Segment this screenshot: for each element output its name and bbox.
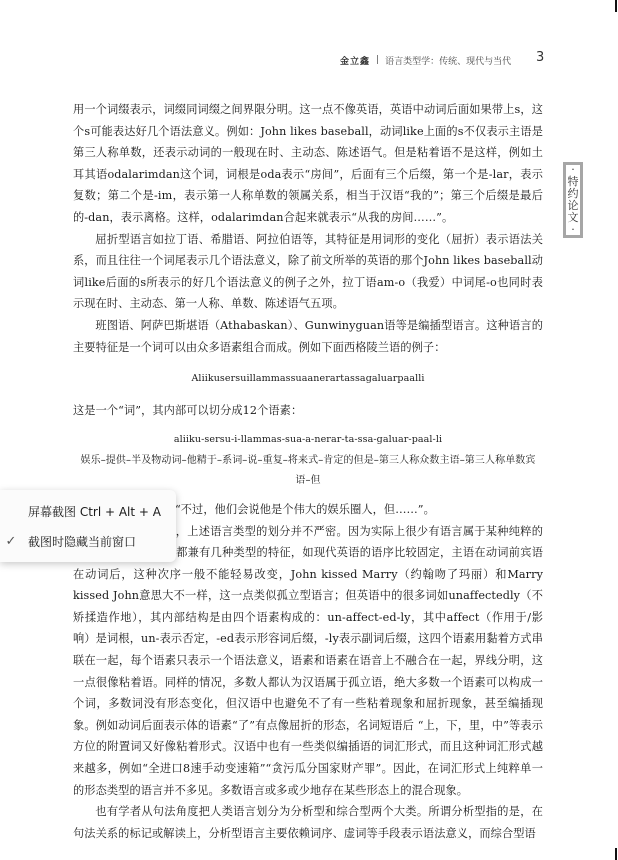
menu-item-label: 截图时隐藏当前窗口 bbox=[28, 533, 136, 550]
side-tab-label: · 特 约 论 文 · bbox=[566, 165, 580, 235]
side-tab-special-paper: · 特 约 论 文 · bbox=[563, 162, 583, 238]
side-tab-char: · bbox=[571, 224, 575, 236]
morpheme-intro: 这是一个“词”，其内部可以切分成12个语素： bbox=[73, 400, 543, 422]
morpheme-segmentation: aliiku-sersu-i-llammas-sua-a-nerar-ta-ss… bbox=[73, 429, 543, 451]
example-word: Aliikusersuillammassuaanerartassagaluarp… bbox=[73, 368, 543, 390]
header-book-title: 语言类型学：传统、现代与当代 bbox=[385, 54, 511, 67]
spacer bbox=[73, 421, 543, 429]
screenshot-context-menu: 屏幕截图 Ctrl + Alt + A ✓ 截图时隐藏当前窗口 bbox=[0, 490, 176, 562]
menu-item-label: 屏幕截图 Ctrl + Alt + A bbox=[28, 503, 161, 520]
check-icon: ✓ bbox=[4, 534, 18, 549]
paragraph-inflectional: 屈折型语言如拉丁语、希腊语、阿拉伯语等，其特征是用词形的变化（屈折）表示语法关系… bbox=[73, 229, 543, 315]
page-number: 3 bbox=[536, 50, 544, 65]
crop-mark-bottom-right bbox=[615, 848, 617, 860]
header-separator: | bbox=[376, 55, 379, 65]
menu-item-screenshot[interactable]: 屏幕截图 Ctrl + Alt + A bbox=[0, 496, 176, 526]
spacer bbox=[73, 358, 543, 368]
morpheme-gloss: 娱乐–提供–半及物动词–他精于–系词–说–重复–将来式–肯定的但是–第三人称众数… bbox=[73, 451, 543, 491]
paragraph-mixed-types: 从具体语言来说，上述语言类型的划分并不严密。因为实际上很少有语言属于某种纯粹的类… bbox=[73, 521, 543, 802]
spacer bbox=[73, 390, 543, 400]
document-body: 用一个词缀表示，词缀同词缀之间界限分明。这一点不像英语，英语中动词后面如果带上s… bbox=[73, 99, 543, 844]
running-header: 金立鑫 | 语言类型学：传统、现代与当代 3 bbox=[340, 52, 511, 68]
paragraph-analytic-synthetic: 也有学者从句法角度把人类语言划分为分析型和综合型两个大类。所谓分析型指的是，在句… bbox=[73, 801, 543, 844]
paragraph-agglutinative: 用一个词缀表示，词缀同词缀之间界限分明。这一点不像英语，英语中动词后面如果带上s… bbox=[73, 99, 543, 229]
header-author: 金立鑫 bbox=[340, 54, 370, 67]
crop-mark-top-right bbox=[615, 0, 617, 12]
paragraph-polysynthetic: 班图语、阿萨巴斯堪语（Athabaskan）、Gunwinyguan语等是编插型… bbox=[73, 315, 543, 358]
menu-item-hide-window[interactable]: ✓ 截图时隐藏当前窗口 bbox=[0, 526, 176, 556]
